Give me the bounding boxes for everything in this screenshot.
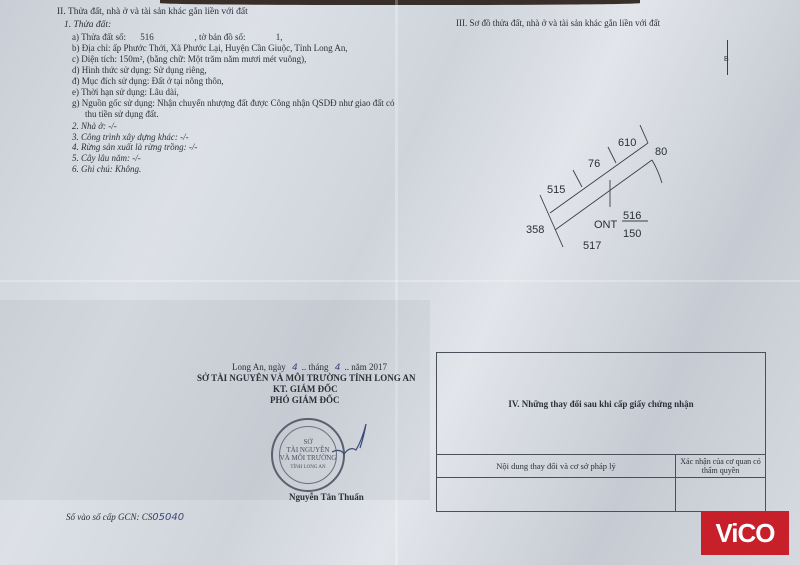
torn-edge — [160, 0, 640, 5]
issue-date: Long An, ngày 4.. tháng 4.. năm 2017 — [232, 362, 387, 373]
note-row: 6. Ghi chú: Không. — [72, 164, 141, 175]
parcel-heading: 1. Thửa đất: — [64, 20, 111, 30]
adjacent-parcel-515: 515 — [547, 184, 565, 196]
col-authority-confirm: Xác nhận của cơ quan có thẩm quyền — [676, 455, 766, 478]
section4-title: IV. Những thay đổi sau khi cấp giấy chứn… — [437, 353, 766, 455]
origin-row: g) Nguồn gốc sử dụng: Nhận chuyển nhượng… — [72, 98, 394, 109]
parcel-area: 150 — [623, 228, 641, 240]
adjacent-parcel-610: 610 — [618, 137, 636, 149]
signer-role-2: PHÓ GIÁM ĐỐC — [270, 395, 340, 405]
area-row: c) Diện tích: 150m², (bằng chữ: Một trăm… — [72, 54, 306, 65]
vico-logo: ViCO — [701, 511, 789, 555]
parcel-number-value: 516 — [128, 32, 192, 43]
usage-form-row: d) Hình thức sử dụng: Sử dụng riêng, — [72, 65, 207, 76]
forest-row: 4. Rừng sản xuất là rừng trồng: -/- — [72, 142, 197, 153]
usage-purpose-row: đ) Mục đích sử dụng: Đất ở tại nông thôn… — [72, 76, 224, 87]
house-row: 2. Nhà ở: -/- — [72, 121, 117, 132]
adjacent-parcel-80: 80 — [655, 146, 667, 158]
adjacent-parcel-517: 517 — [583, 240, 601, 252]
fold-crease — [0, 280, 800, 282]
signer-name: Nguyễn Tân Thuấn — [289, 492, 364, 502]
north-label: B — [724, 56, 729, 63]
perennial-row: 5. Cây lâu năm: -/- — [72, 153, 141, 164]
land-type-code: ONT — [594, 219, 618, 231]
section2-title: II. Thửa đất, nhà ở và tài sản khác gắn … — [57, 7, 248, 17]
issue-day: 4 — [288, 363, 302, 373]
col-change-content: Nội dung thay đổi và cơ sở pháp lý — [437, 455, 676, 478]
paper-shadow — [0, 300, 430, 500]
issuing-authority: SỞ TÀI NGUYÊN VÀ MÔI TRƯỜNG TỈNH LONG AN — [197, 373, 416, 383]
registry-number: Số vào sổ cấp GCN: CS05040 — [66, 512, 184, 523]
section3-title: III. Sơ đồ thửa đất, nhà ở và tài sản kh… — [456, 18, 660, 28]
origin-row-cont: thu tiền sử dụng đất. — [85, 109, 159, 120]
signature-scribble — [330, 420, 370, 460]
adjacent-parcel-76: 76 — [588, 158, 600, 170]
parcel-number-row: a) Thửa đất số: 516 , tờ bản đồ số: 1, — [72, 32, 282, 43]
parcel-number: 516 — [623, 210, 641, 222]
map-sheet-value: 1, — [248, 32, 283, 42]
parcel-diagram: 610 80 76 515 358 517 ONT 516 150 — [500, 125, 700, 255]
change-content-cell — [437, 478, 676, 512]
issue-month: 4 — [331, 363, 345, 373]
adjacent-parcel-358: 358 — [526, 224, 544, 236]
changes-table: IV. Những thay đổi sau khi cấp giấy chứn… — [436, 352, 766, 512]
usage-term-row: e) Thời hạn sử dụng: Lâu dài, — [72, 87, 179, 98]
signer-role-1: KT. GIÁM ĐỐC — [273, 384, 338, 394]
address-row: b) Địa chỉ: ấp Phước Thới, Xã Phước Lại,… — [72, 43, 348, 54]
registry-value: 05040 — [152, 512, 184, 523]
authority-confirm-cell — [676, 478, 766, 512]
parcel-number-label: a) Thửa đất số: — [72, 32, 126, 42]
map-sheet-label: , tờ bản đồ số: — [194, 32, 245, 42]
